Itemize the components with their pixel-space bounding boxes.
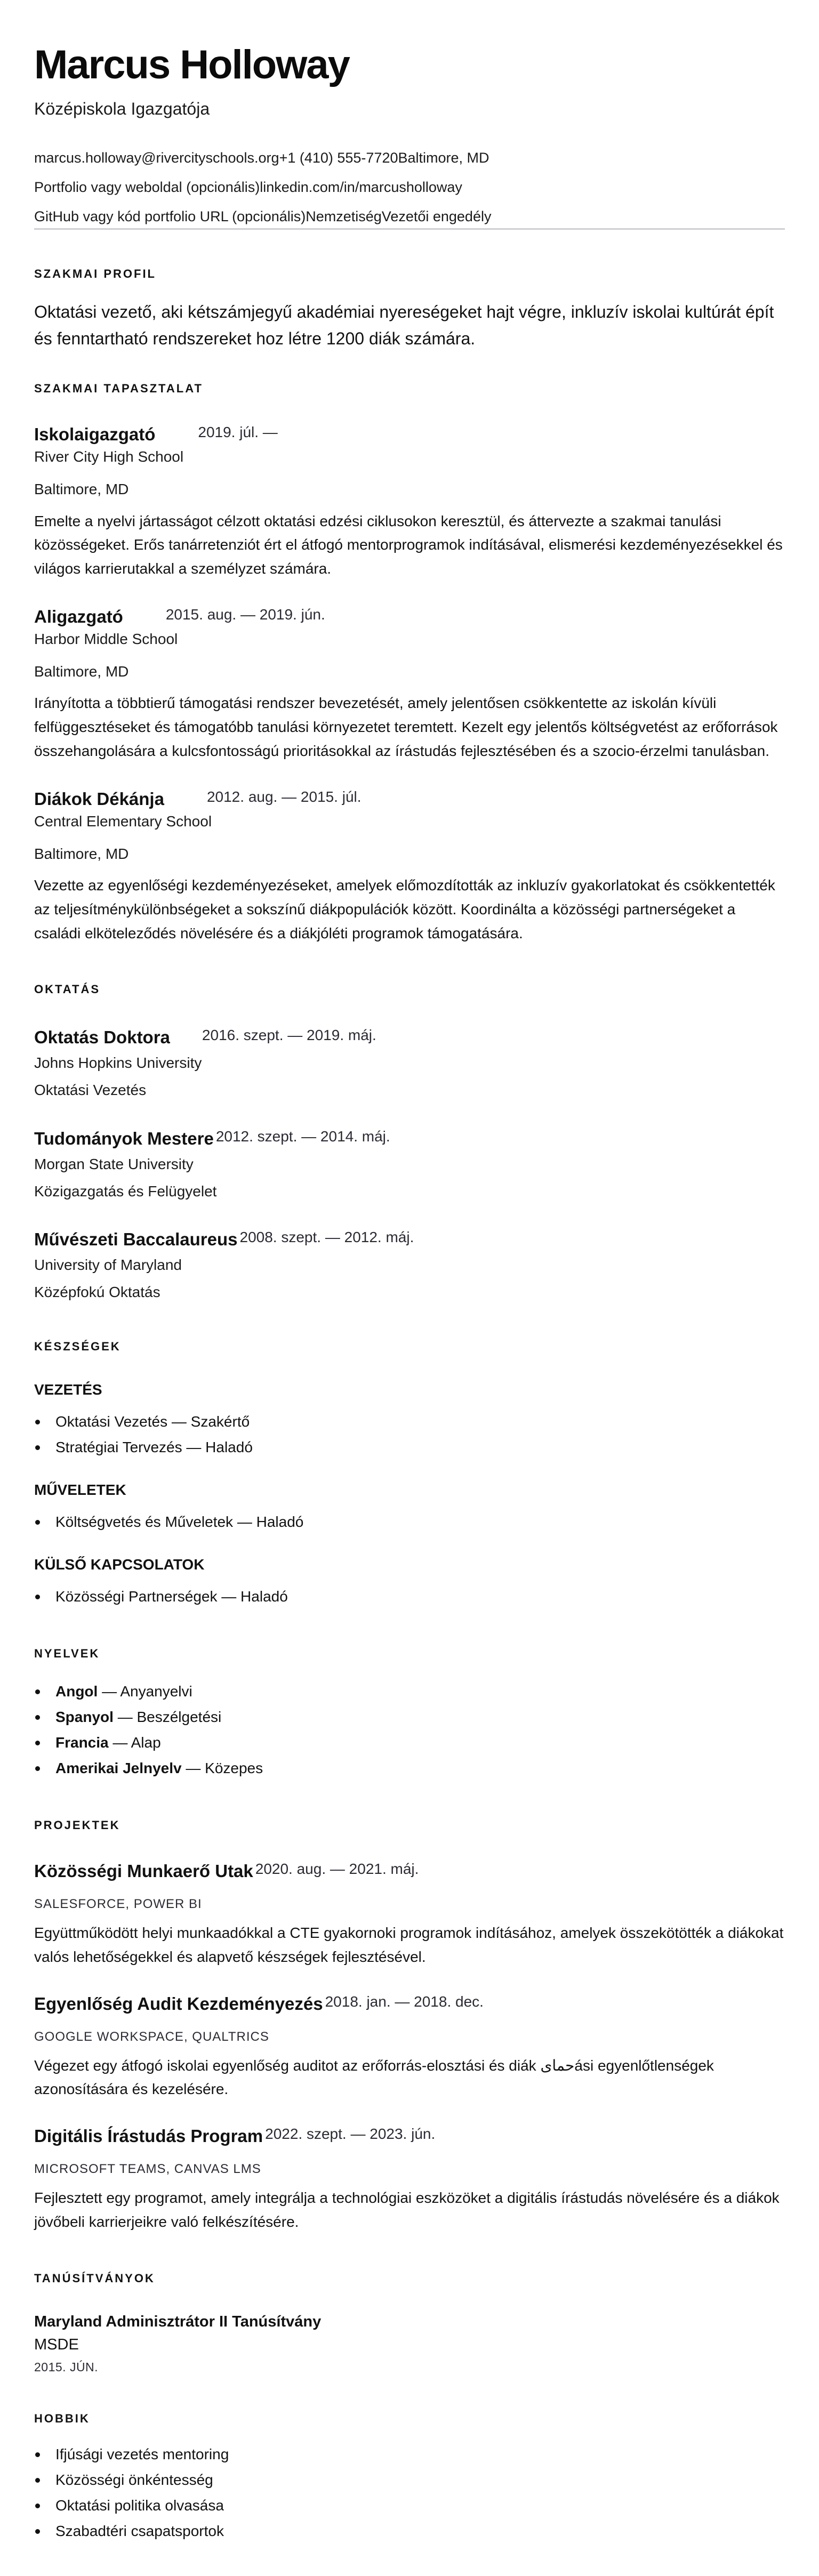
education-item: Tudományok Mestere 2012. szept. — 2014. … bbox=[34, 1128, 785, 1202]
education-item: Oktatás Doktora 2016. szept. — 2019. máj… bbox=[34, 1026, 785, 1100]
field-of-study: Közigazgatás és Felügyelet bbox=[34, 1181, 785, 1202]
contact-email[interactable]: marcus.holloway@rivercityschools.org bbox=[34, 150, 279, 166]
job-date: 2012. aug. — 2015. júl. bbox=[207, 788, 362, 806]
project-name: Egyenlőség Audit Kezdeményezés bbox=[34, 1993, 323, 2016]
certification-date: 2015. jún. bbox=[34, 2360, 785, 2374]
skill-group: Vezetés Oktatási Vezetés — Szakértő Stra… bbox=[34, 1381, 785, 1460]
school-name: Johns Hopkins University bbox=[34, 1052, 785, 1073]
hobby-item: Szabadtéri csapatsportok bbox=[34, 2518, 785, 2544]
contact-nationality: Nemzetiség bbox=[306, 208, 382, 225]
profile-summary: Oktatási vezető, aki kétszámjegyű akadém… bbox=[34, 299, 785, 352]
certifications-section: Tanúsítványok Maryland Adminisztrátor II… bbox=[34, 2272, 785, 2374]
skill-item: Stratégiai Tervezés — Haladó bbox=[34, 1435, 785, 1460]
job-title: Aligazgató bbox=[34, 606, 123, 629]
experience-item: Aligazgató 2015. aug. — 2019. jún. Harbo… bbox=[34, 606, 785, 763]
header-divider bbox=[34, 228, 785, 230]
skill-list: Oktatási Vezetés — Szakértő Stratégiai T… bbox=[34, 1409, 785, 1460]
certification-name: Maryland Adminisztrátor II Tanúsítvány bbox=[34, 2313, 785, 2331]
section-title: Oktatás bbox=[34, 983, 785, 996]
resume-page: Marcus Holloway Középiskola Igazgatója m… bbox=[0, 0, 819, 2576]
job-organization: Central Elementary School bbox=[34, 811, 785, 832]
project-item: Digitális Írástudás Program 2022. szept.… bbox=[34, 2125, 785, 2234]
language-level: — Közepes bbox=[182, 1760, 263, 1776]
education-date: 2008. szept. — 2012. máj. bbox=[240, 1228, 414, 1246]
certification-item: Maryland Adminisztrátor II Tanúsítvány M… bbox=[34, 2313, 785, 2374]
experience-item: Diákok Dékánja 2012. aug. — 2015. júl. C… bbox=[34, 788, 785, 946]
degree-title: Tudományok Mestere bbox=[34, 1128, 214, 1150]
certification-issuer: MSDE bbox=[34, 2336, 785, 2354]
field-of-study: Középfokú Oktatás bbox=[34, 1282, 785, 1302]
language-level: — Alap bbox=[109, 1734, 161, 1751]
job-date: 2015. aug. — 2019. jún. bbox=[166, 606, 325, 624]
skill-item: Költségvetés és Műveletek — Haladó bbox=[34, 1509, 785, 1535]
resume-header: Marcus Holloway Középiskola Igazgatója m… bbox=[34, 43, 785, 230]
language-name: Francia bbox=[55, 1734, 109, 1751]
candidate-name: Marcus Holloway bbox=[34, 43, 785, 87]
job-location: Baltimore, MD bbox=[34, 843, 785, 864]
language-item: Francia — Alap bbox=[34, 1730, 785, 1756]
section-title: Szakmai tapasztalat bbox=[34, 382, 785, 396]
job-description: Irányította a többtierű támogatási rends… bbox=[34, 691, 785, 763]
projects-section: Projektek Közösségi Munkaerő Utak 2020. … bbox=[34, 1818, 785, 2234]
field-of-study: Oktatási Vezetés bbox=[34, 1080, 785, 1100]
section-title: Projektek bbox=[34, 1818, 785, 1832]
experience-section: Szakmai tapasztalat Iskolaigazgató 2019.… bbox=[34, 382, 785, 945]
section-title: Tanúsítványok bbox=[34, 2272, 785, 2285]
education-date: 2016. szept. — 2019. máj. bbox=[202, 1026, 376, 1044]
languages-section: Nyelvek Angol — Anyanyelvi Spanyol — Bes… bbox=[34, 1647, 785, 1781]
skill-group: Műveletek Költségvetés és Műveletek — Ha… bbox=[34, 1482, 785, 1535]
project-description: Együttműködött helyi munkaadókkal a CTE … bbox=[34, 1921, 785, 1969]
job-title: Iskolaigazgató bbox=[34, 423, 155, 446]
skill-group-title: Műveletek bbox=[34, 1482, 785, 1499]
project-description: Végezet egy átfogó iskolai egyenlőség au… bbox=[34, 2054, 785, 2102]
hobby-item: Ifjúsági vezetés mentoring bbox=[34, 2442, 785, 2467]
contact-row: GitHub vagy kód portfolio URL (opcionáli… bbox=[34, 202, 785, 231]
contact-portfolio[interactable]: Portfolio vagy weboldal (opcionális) bbox=[34, 179, 260, 196]
contact-github[interactable]: GitHub vagy kód portfolio URL (opcionáli… bbox=[34, 208, 306, 225]
contact-linkedin[interactable]: linkedin.com/in/marcusholloway bbox=[260, 179, 462, 196]
language-name: Angol bbox=[55, 1683, 98, 1700]
hobbies-section: Hobbik Ifjúsági vezetés mentoring Közöss… bbox=[34, 2412, 785, 2544]
language-name: Amerikai Jelnyelv bbox=[55, 1760, 182, 1776]
school-name: Morgan State University bbox=[34, 1154, 785, 1174]
job-title: Diákok Dékánja bbox=[34, 788, 164, 811]
section-title: Szakmai profil bbox=[34, 267, 785, 281]
project-name: Digitális Írástudás Program bbox=[34, 2125, 263, 2148]
section-title: Nyelvek bbox=[34, 1647, 785, 1661]
skill-list: Közösségi Partnerségek — Haladó bbox=[34, 1584, 785, 1609]
skill-group-title: Vezetés bbox=[34, 1381, 785, 1398]
education-section: Oktatás Oktatás Doktora 2016. szept. — 2… bbox=[34, 983, 785, 1302]
project-tech: Google Workspace, Qualtrics bbox=[34, 2030, 785, 2044]
degree-title: Oktatás Doktora bbox=[34, 1026, 170, 1049]
section-title: Készségek bbox=[34, 1340, 785, 1354]
project-name: Közösségi Munkaerő Utak bbox=[34, 1860, 253, 1883]
skill-group-title: Külső kapcsolatok bbox=[34, 1556, 785, 1573]
language-item: Angol — Anyanyelvi bbox=[34, 1679, 785, 1704]
candidate-headline: Középiskola Igazgatója bbox=[34, 98, 785, 120]
project-date: 2020. aug. — 2021. máj. bbox=[255, 1860, 419, 1878]
language-level: — Anyanyelvi bbox=[98, 1683, 192, 1700]
project-description: Fejlesztett egy programot, amely integrá… bbox=[34, 2186, 785, 2234]
project-tech: Salesforce, Power BI bbox=[34, 1897, 785, 1912]
job-date: 2019. júl. — bbox=[198, 423, 277, 441]
contact-row: marcus.holloway@rivercityschools.org +1 … bbox=[34, 143, 785, 173]
job-location: Baltimore, MD bbox=[34, 661, 785, 682]
experience-item: Iskolaigazgató 2019. júl. — River City H… bbox=[34, 423, 785, 581]
job-location: Baltimore, MD bbox=[34, 479, 785, 500]
skill-group: Külső kapcsolatok Közösségi Partnerségek… bbox=[34, 1556, 785, 1609]
skill-list: Költségvetés és Műveletek — Haladó bbox=[34, 1509, 785, 1535]
language-item: Amerikai Jelnyelv — Közepes bbox=[34, 1756, 785, 1781]
hobby-item: Közösségi önkéntesség bbox=[34, 2467, 785, 2493]
contact-row: Portfolio vagy weboldal (opcionális) lin… bbox=[34, 173, 785, 202]
skills-section: Készségek Vezetés Oktatási Vezetés — Sza… bbox=[34, 1340, 785, 1609]
education-date: 2012. szept. — 2014. máj. bbox=[216, 1128, 390, 1146]
language-name: Spanyol bbox=[55, 1709, 114, 1725]
section-title: Hobbik bbox=[34, 2412, 785, 2426]
contact-drivers-license: Vezetői engedély bbox=[382, 208, 492, 225]
job-description: Emelte a nyelvi jártasságot célzott okta… bbox=[34, 510, 785, 581]
skill-item: Oktatási Vezetés — Szakértő bbox=[34, 1409, 785, 1435]
contact-location: Baltimore, MD bbox=[398, 150, 489, 166]
project-item: Egyenlőség Audit Kezdeményezés 2018. jan… bbox=[34, 1993, 785, 2102]
degree-title: Művészeti Baccalaureus bbox=[34, 1228, 238, 1251]
language-item: Spanyol — Beszélgetési bbox=[34, 1704, 785, 1730]
job-description: Vezette az egyenlőségi kezdeményezéseket… bbox=[34, 874, 785, 945]
education-item: Művészeti Baccalaureus 2008. szept. — 20… bbox=[34, 1228, 785, 1302]
skill-item: Közösségi Partnerségek — Haladó bbox=[34, 1584, 785, 1609]
school-name: University of Maryland bbox=[34, 1254, 785, 1275]
project-item: Közösségi Munkaerő Utak 2020. aug. — 202… bbox=[34, 1860, 785, 1969]
hobby-item: Oktatási politika olvasása bbox=[34, 2493, 785, 2518]
job-organization: River City High School bbox=[34, 446, 785, 467]
language-level: — Beszélgetési bbox=[114, 1709, 221, 1725]
project-date: 2018. jan. — 2018. dec. bbox=[325, 1993, 484, 2011]
project-tech: Microsoft Teams, Canvas LMS bbox=[34, 2162, 785, 2177]
profile-section: Szakmai profil Oktatási vezető, aki kéts… bbox=[34, 267, 785, 352]
contact-info: marcus.holloway@rivercityschools.org +1 … bbox=[34, 143, 785, 231]
hobby-list: Ifjúsági vezetés mentoring Közösségi önk… bbox=[34, 2442, 785, 2544]
project-date: 2022. szept. — 2023. jún. bbox=[265, 2125, 435, 2143]
language-list: Angol — Anyanyelvi Spanyol — Beszélgetés… bbox=[34, 1679, 785, 1781]
job-organization: Harbor Middle School bbox=[34, 629, 785, 649]
contact-phone[interactable]: +1 (410) 555-7720 bbox=[279, 150, 398, 166]
